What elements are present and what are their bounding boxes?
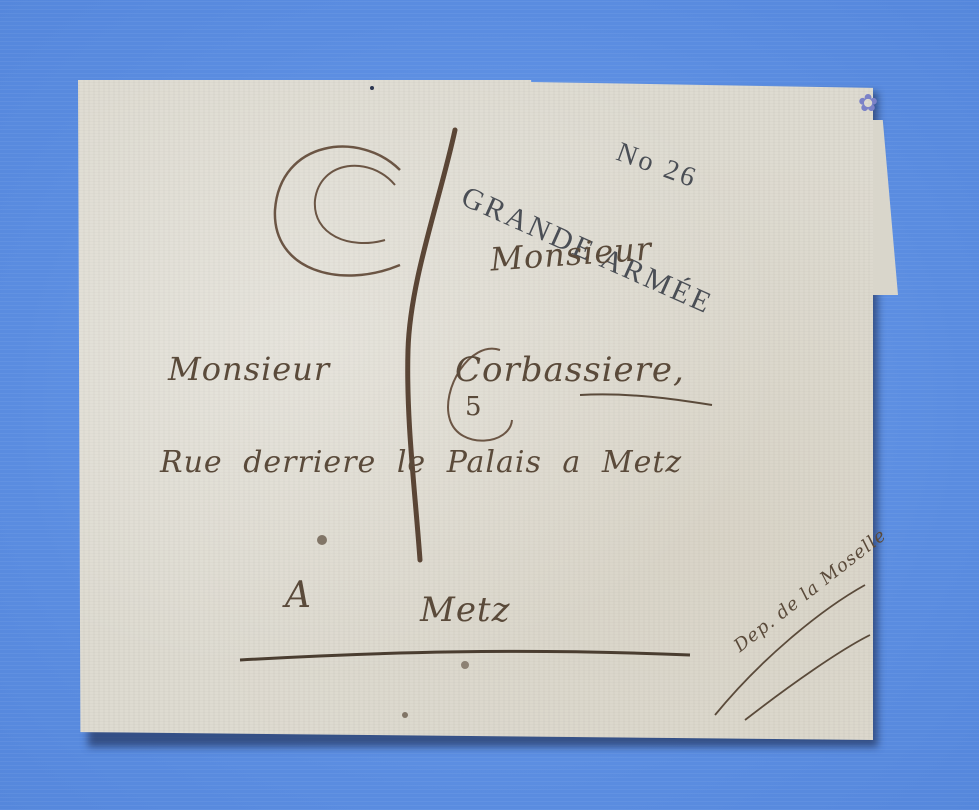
address-name: Corbassiere, [455, 350, 685, 390]
rosette-icon: ✿ [855, 90, 881, 116]
rate-numeral-encircled: 5 [465, 392, 483, 422]
destination-city: Metz [420, 590, 511, 630]
address-salutation: Monsieur [168, 350, 330, 388]
destination-prefix: A [285, 575, 312, 616]
address-street: Rue derriere le Palais a Metz [160, 445, 682, 480]
